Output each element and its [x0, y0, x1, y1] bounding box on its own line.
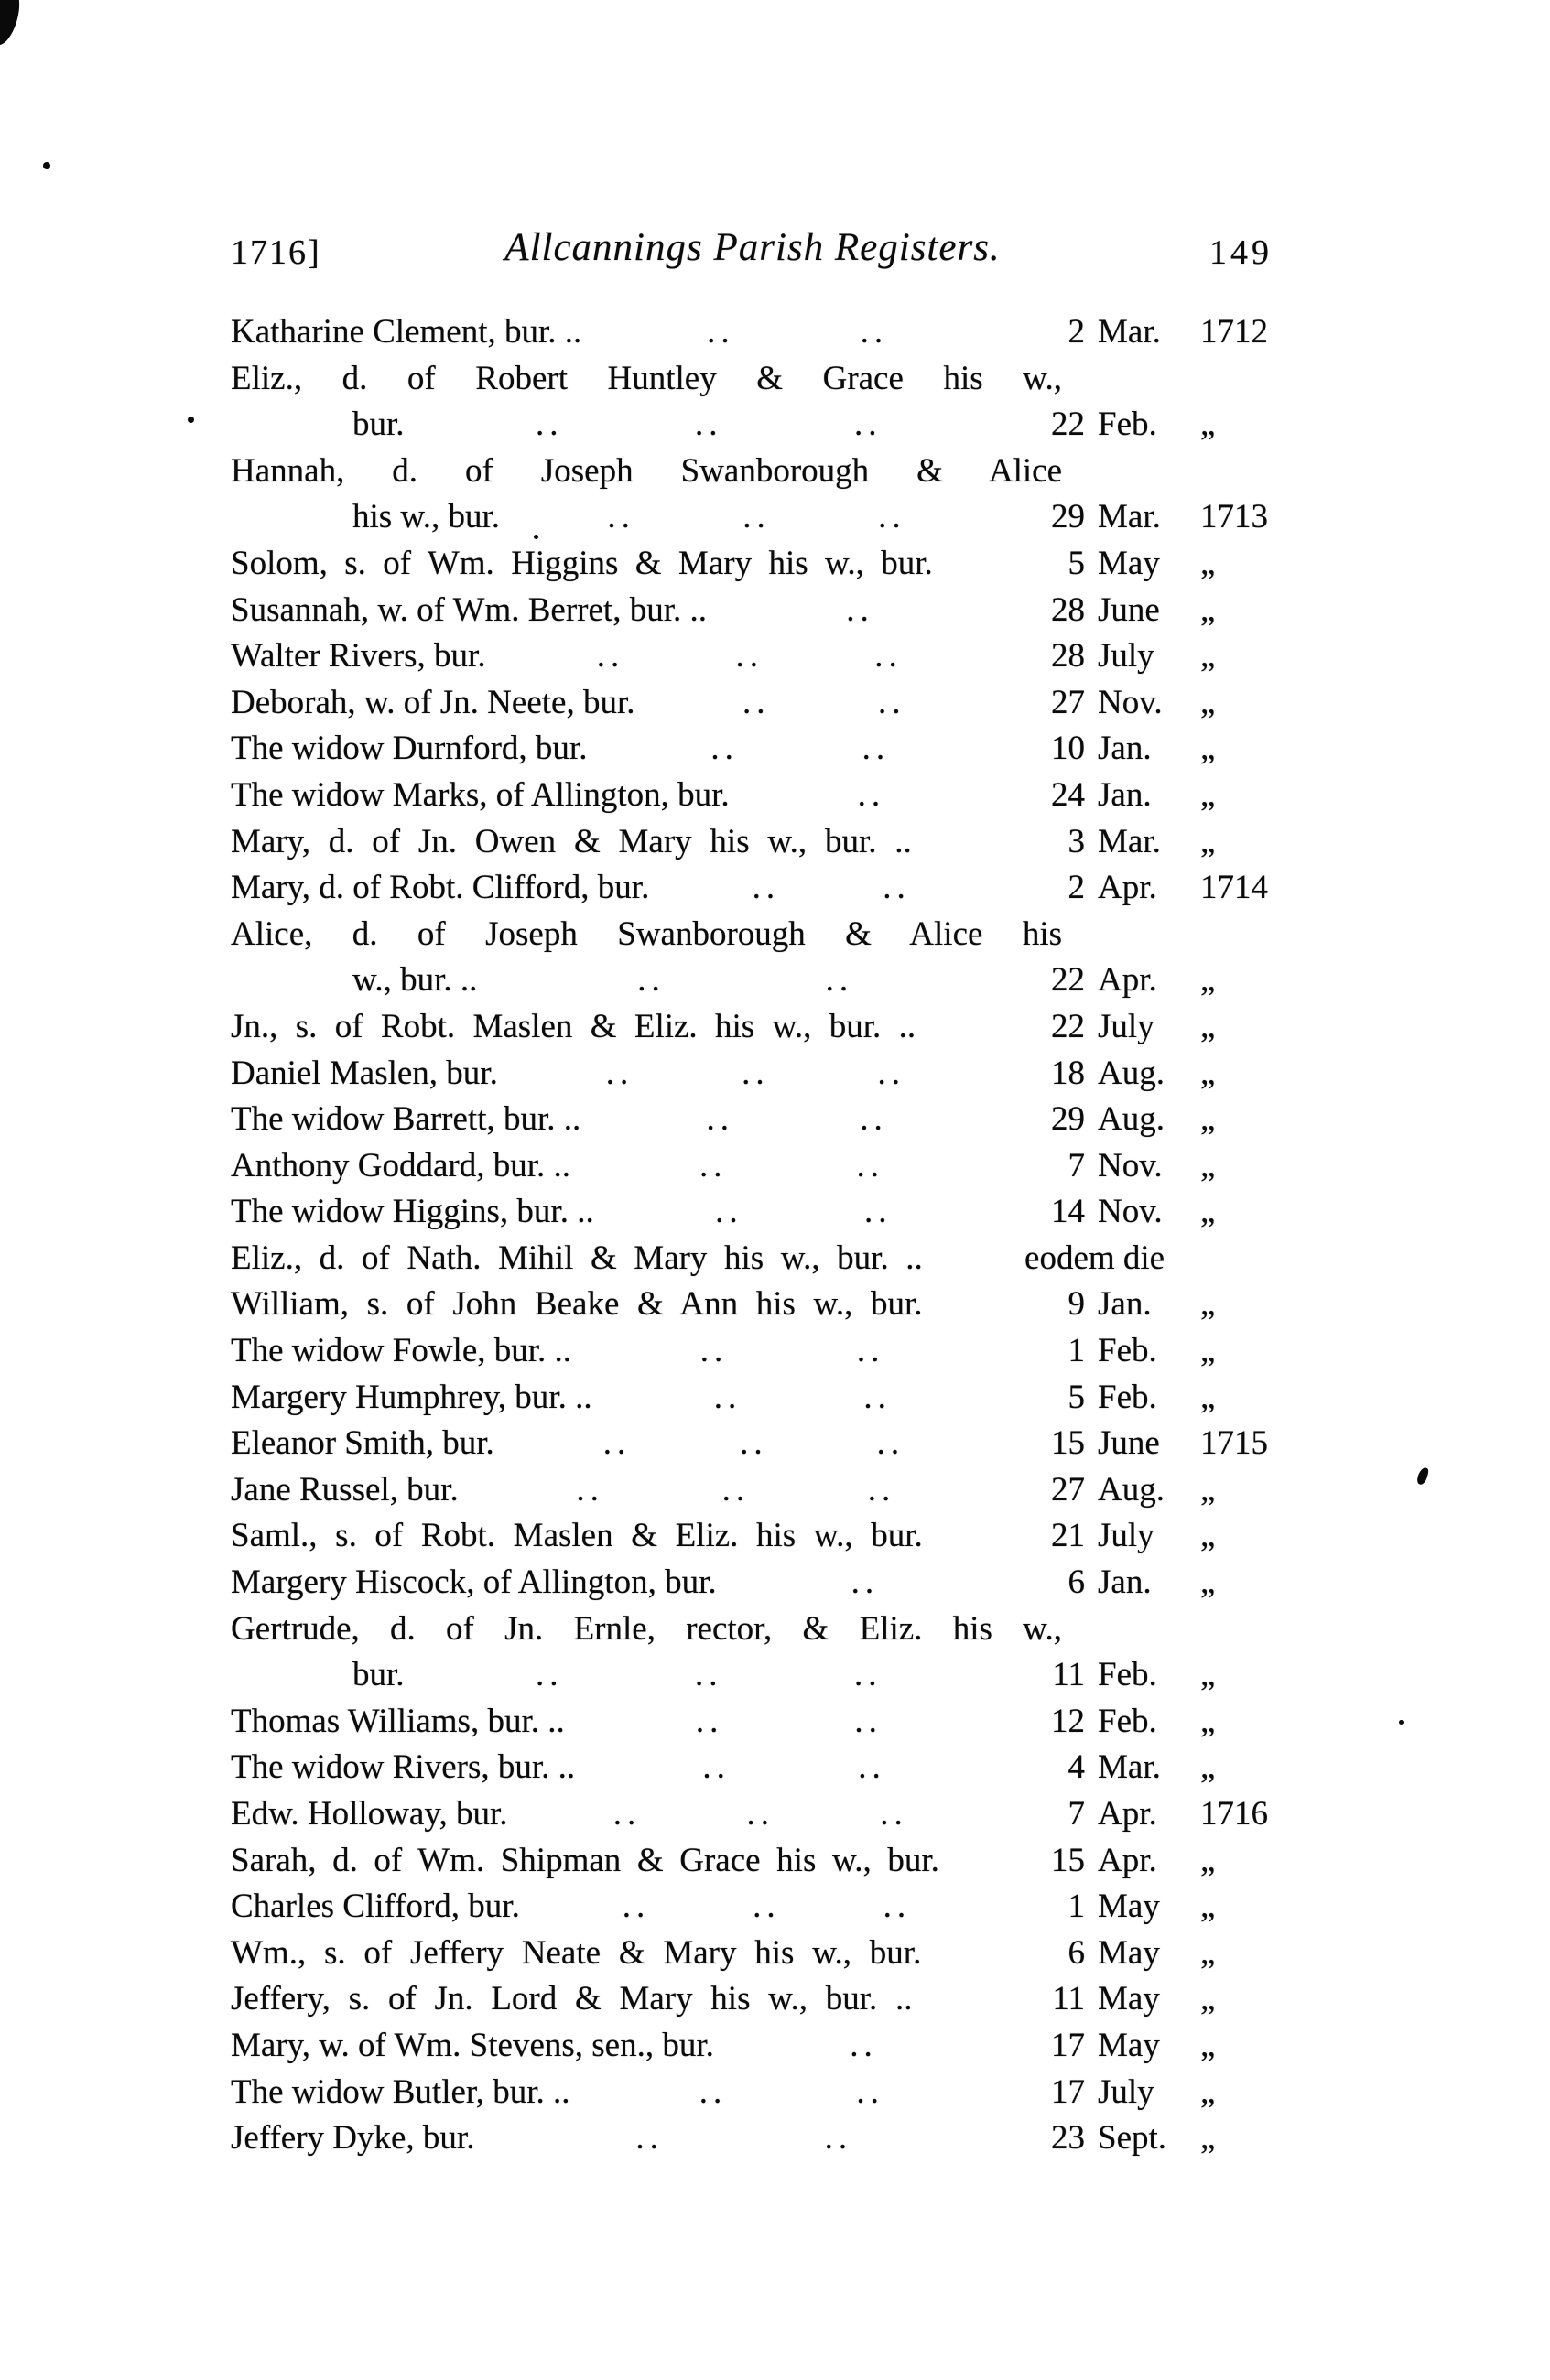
entry-date-month: Apr.	[1085, 1838, 1200, 1885]
entry-date-year: 1714	[1200, 865, 1274, 912]
entry-date-day: 29	[1013, 1097, 1085, 1143]
entry-date-day: 9	[1013, 1282, 1085, 1328]
entry-date-day: 18	[1013, 1051, 1085, 1098]
entry-name-text: Hannah, d. of Joseph Swanborough & Alice	[231, 449, 1062, 495]
entry-date-year: „	[1200, 1745, 1274, 1791]
leader-dot-pair: ..	[851, 1560, 880, 1606]
entry-date-month: May	[1085, 1976, 1200, 2023]
entry-name-text: w., bur. ..	[352, 957, 477, 1004]
leader-dot-pair: ..	[858, 1745, 886, 1791]
entry-date-day: 2	[1013, 865, 1085, 912]
burial-entry-row: Mary, d. of Robt. Clifford, bur.....2Apr…	[231, 865, 1274, 912]
entry-date-month: July	[1085, 633, 1200, 680]
leader-dot-pair: ..	[874, 633, 903, 680]
entry-date-day: 1	[1013, 1328, 1085, 1375]
burial-entry-row: Mary, w. of Wm. Stevens, sen., bur...17M…	[231, 2023, 1274, 2070]
burial-entry-row: Charles Clifford, bur.......1May„	[231, 1884, 1274, 1931]
leader-dot-pair: ..	[742, 680, 771, 727]
entry-name-text: Gertrude, d. of Jn. Ernle, rector, & Eli…	[231, 1606, 1062, 1653]
entry-date: 22Apr.„	[1013, 957, 1274, 1004]
entry-name-text: Charles Clifford, bur.	[231, 1884, 520, 1931]
burial-entry-row: Daniel Maslen, bur.......18Aug.„	[231, 1051, 1274, 1098]
leader-dot-pair: ..	[635, 2115, 664, 2162]
entry-name-text: Deborah, w. of Jn. Neete, bur.	[231, 680, 634, 727]
entry-date: 5Feb.„	[1013, 1375, 1274, 1422]
entry-date: 15June1715	[1013, 1421, 1274, 1467]
entry-date-year: „	[1200, 2070, 1274, 2116]
entry-date-year: „	[1200, 2023, 1274, 2070]
entry-date-day: 28	[1013, 633, 1085, 680]
entry-date-year: „	[1200, 1976, 1274, 2023]
burial-entry-row: The widow Fowle, bur. ......1Feb.„	[231, 1328, 1274, 1375]
leader-dot-pair: ..	[846, 588, 874, 634]
leader-dot-pair: ..	[603, 1421, 632, 1467]
leader-dot-pair: ..	[856, 2070, 884, 2116]
entry-name-text: William, s. of John Beake & Ann his w., …	[231, 1282, 928, 1328]
entry-date-year: „	[1200, 1051, 1274, 1098]
leader-dot-pair: ..	[714, 1375, 742, 1422]
burial-entry-row: Eliz., d. of Nath. Mihil & Mary his w., …	[231, 1236, 1274, 1282]
entry-name-text: Margery Humphrey, bur. ..	[231, 1375, 592, 1422]
entry-date-month: Feb.	[1085, 402, 1200, 449]
entry-date-day: 24	[1013, 773, 1085, 819]
burial-entry-row: The widow Durnford, bur.....10Jan.„	[231, 726, 1274, 773]
entry-name-text: Saml., s. of Robt. Maslen & Eliz. his w.…	[231, 1513, 928, 1560]
page-header: 1716] Allcannings Parish Registers. 149	[231, 225, 1274, 289]
leader-dot-pair: ..	[700, 1328, 729, 1375]
burial-entry-row: w., bur. ......22Apr.„	[231, 957, 1274, 1004]
leader-dot-pair: ..	[699, 2070, 728, 2116]
leader-dots: ......	[520, 1884, 1013, 1931]
entry-date-year: „	[1200, 1467, 1274, 1514]
entry-name-text: Walter Rivers, bur.	[231, 633, 486, 680]
leader-dots: ....	[575, 1745, 1013, 1791]
entry-name-text: Jane Russel, bur.	[231, 1467, 459, 1514]
entry-name-text: Thomas Williams, bur. ..	[231, 1699, 565, 1746]
leader-dot-pair: ..	[868, 1467, 896, 1514]
entry-date-day: 17	[1013, 2023, 1085, 2070]
entry-date: 18Aug.„	[1013, 1051, 1274, 1098]
entry-date-day: 22	[1013, 957, 1085, 1004]
burial-entry-row: The widow Higgins, bur. ......14Nov.„	[231, 1189, 1274, 1236]
entry-date: 10Jan.„	[1013, 726, 1274, 773]
entry-date-month: Jan.	[1085, 1282, 1200, 1328]
entry-date: 17July„	[1013, 2070, 1274, 2116]
entry-date-month: Jan.	[1085, 1560, 1200, 1606]
entry-date-day: 22	[1013, 1004, 1085, 1051]
entry-date-day: 6	[1013, 1931, 1085, 1977]
entry-date-month: May	[1085, 1884, 1200, 1931]
leader-dot-pair: ..	[746, 1791, 775, 1838]
burial-entry-row: Anthony Goddard, bur. ......7Nov.„	[231, 1143, 1274, 1190]
leader-dots: ......	[486, 633, 1013, 680]
entry-date: 22July„	[1013, 1004, 1274, 1051]
leader-dot-pair: ..	[696, 1699, 724, 1746]
entry-date-day: 5	[1013, 1375, 1085, 1422]
entry-date-month: July	[1085, 2070, 1200, 2116]
leader-dots: ....	[571, 1328, 1013, 1375]
entry-date-month: June	[1085, 588, 1200, 634]
leader-dot-pair: ..	[880, 1791, 908, 1838]
entry-name-text: Mary, w. of Wm. Stevens, sen., bur.	[231, 2023, 714, 2070]
entry-date-year: „	[1200, 1282, 1274, 1328]
entry-date: 29Mar.1713	[1013, 494, 1274, 541]
entry-date-month: Nov.	[1085, 680, 1200, 727]
burial-entry-row: William, s. of John Beake & Ann his w., …	[231, 1282, 1274, 1328]
leader-dot-pair: ..	[707, 309, 735, 356]
entry-date-day: 6	[1013, 1560, 1085, 1606]
burial-entry-row: Jeffery Dyke, bur.....23Sept.„	[231, 2115, 1274, 2162]
leader-dots: ......	[405, 1652, 1013, 1699]
leader-dot-pair: ..	[877, 1421, 905, 1467]
leader-dots: ....	[477, 957, 1013, 1004]
entry-date-month: Mar.	[1085, 494, 1200, 541]
leader-dot-pair: ..	[607, 494, 635, 541]
entry-date-month: May	[1085, 1931, 1200, 1977]
entry-date: 11May„	[1013, 1976, 1274, 2023]
entry-name-text: The widow Durnford, bur.	[231, 726, 587, 773]
leader-dot-pair: ..	[606, 1051, 634, 1098]
entry-name-text: Eliz., d. of Nath. Mihil & Mary his w., …	[231, 1236, 928, 1282]
entry-date-day: 29	[1013, 494, 1085, 541]
leader-dots: ......	[494, 1421, 1013, 1467]
entry-date-month: May	[1085, 541, 1200, 588]
entry-date-day: 17	[1013, 2070, 1085, 2116]
leader-dot-pair: ..	[613, 1791, 642, 1838]
burial-entry-row: Mary, d. of Jn. Owen & Mary his w., bur.…	[231, 819, 1274, 866]
leader-dot-pair: ..	[536, 1652, 564, 1699]
leader-dot-pair: ..	[854, 1699, 883, 1746]
entry-date-year: „	[1200, 1652, 1274, 1699]
leader-dot-pair: ..	[623, 1884, 651, 1931]
entry-date-year: „	[1200, 541, 1274, 588]
entry-date: 1May„	[1013, 1884, 1274, 1931]
entry-date: 23Sept.„	[1013, 2115, 1274, 2162]
entry-date-month: Feb.	[1085, 1328, 1200, 1375]
entry-name-text: Eliz., d. of Robert Huntley & Grace his …	[231, 356, 1062, 403]
leader-dots: ..	[730, 773, 1013, 819]
entry-name-text: his w., bur.	[352, 494, 500, 541]
burial-register-list: Katharine Clement, bur. ......2Mar.1712E…	[231, 309, 1274, 2162]
burial-entry-row: The widow Barrett, bur. ......29Aug.„	[231, 1097, 1274, 1143]
leader-dot-pair: ..	[883, 865, 911, 912]
entry-date: 21July„	[1013, 1513, 1274, 1560]
entry-date-day: 27	[1013, 1467, 1085, 1514]
leader-dots: ....	[474, 2115, 1013, 2162]
burial-entry-row: Walter Rivers, bur.......28July„	[231, 633, 1274, 680]
entry-date: 17May„	[1013, 2023, 1274, 2070]
leader-dot-pair: ..	[695, 1652, 723, 1699]
entry-date-month: Mar.	[1085, 819, 1200, 866]
ink-speck	[43, 162, 50, 169]
entry-date: 3Mar.„	[1013, 819, 1274, 866]
leader-dot-pair: ..	[883, 1884, 912, 1931]
entry-name-text: bur.	[352, 402, 405, 449]
entry-date-month: Aug.	[1085, 1467, 1200, 1514]
burial-entry-row: Sarah, d. of Wm. Shipman & Grace his w.,…	[231, 1838, 1274, 1885]
entry-date-day: 7	[1013, 1791, 1085, 1838]
page-title: Allcannings Parish Registers.	[231, 225, 1274, 270]
entry-date-year: „	[1200, 1097, 1274, 1143]
entry-date: 28July„	[1013, 633, 1274, 680]
entry-date-year: „	[1200, 773, 1274, 819]
leader-dot-pair: ..	[850, 2023, 878, 2070]
leader-dots: ....	[634, 680, 1013, 727]
entry-date-year: „	[1200, 1560, 1274, 1606]
entry-date: 29Aug.„	[1013, 1097, 1274, 1143]
leader-dots: ..	[714, 2023, 1013, 2070]
entry-name-text: Mary, d. of Robt. Clifford, bur.	[231, 865, 649, 912]
leader-dot-pair: ..	[826, 957, 854, 1004]
entry-name-text: Mary, d. of Jn. Owen & Mary his w., bur.…	[231, 819, 917, 866]
burial-entry-row: Margery Hiscock, of Allington, bur...6Ja…	[231, 1560, 1274, 1606]
entry-date-month: Aug.	[1085, 1097, 1200, 1143]
burial-entry-row: bur.......11Feb.„	[231, 1652, 1274, 1699]
entry-date-year: 1713	[1200, 494, 1274, 541]
entry-name-text: Solom, s. of Wm. Higgins & Mary his w., …	[231, 541, 938, 588]
entry-date: eodem die	[1013, 1236, 1274, 1282]
entry-date-special: eodem die	[1013, 1236, 1165, 1282]
entry-date-month: Feb.	[1085, 1652, 1200, 1699]
leader-dot-pair: ..	[710, 726, 739, 773]
page-number: 149	[1209, 233, 1273, 273]
entry-name-text: Jn., s. of Robt. Maslen & Eliz. his w., …	[231, 1004, 921, 1051]
entry-name-text: Susannah, w. of Wm. Berret, bur. ..	[231, 588, 707, 634]
entry-date-day: 1	[1013, 1884, 1085, 1931]
burial-entry-row: Margery Humphrey, bur. ......5Feb.„	[231, 1375, 1274, 1422]
leader-dot-pair: ..	[863, 1375, 892, 1422]
leader-dot-pair: ..	[740, 1421, 768, 1467]
leader-dot-pair: ..	[695, 402, 723, 449]
entry-name-text: The widow Barrett, bur. ..	[231, 1097, 580, 1143]
leader-dot-pair: ..	[699, 1143, 728, 1190]
entry-date: 15Apr.„	[1013, 1838, 1274, 1885]
entry-date: 9Jan.„	[1013, 1282, 1274, 1328]
entry-name-text: bur.	[352, 1652, 405, 1699]
burial-entry-row: The widow Rivers, bur. ......4Mar.„	[231, 1745, 1274, 1791]
burial-entry-row: Jn., s. of Robt. Maslen & Eliz. his w., …	[231, 1004, 1274, 1051]
entry-name-text: Wm., s. of Jeffery Neate & Mary his w., …	[231, 1931, 927, 1977]
entry-date-year: „	[1200, 1375, 1274, 1422]
entry-name-text: The widow Marks, of Allington, bur.	[231, 773, 730, 819]
leader-dot-pair: ..	[742, 494, 771, 541]
entry-date: 11Feb.„	[1013, 1652, 1274, 1699]
burial-entry-wrapped-line: Gertrude, d. of Jn. Ernle, rector, & Eli…	[231, 1606, 1274, 1653]
entry-name-text: Edw. Holloway, bur.	[231, 1791, 507, 1838]
leader-dots: ..	[717, 1560, 1013, 1606]
leader-dots: ....	[570, 2070, 1013, 2116]
entry-date-month: Jan.	[1085, 726, 1200, 773]
entry-date: 24Jan.„	[1013, 773, 1274, 819]
entry-name-text: Sarah, d. of Wm. Shipman & Grace his w.,…	[231, 1838, 945, 1885]
burial-entry-row: Wm., s. of Jeffery Neate & Mary his w., …	[231, 1931, 1274, 1977]
entry-date-day: 15	[1013, 1421, 1085, 1467]
leader-dot-pair: ..	[858, 773, 886, 819]
leader-dots: ....	[649, 865, 1013, 912]
burial-entry-row: bur.......22Feb.„	[231, 402, 1274, 449]
leader-dot-pair: ..	[702, 1745, 731, 1791]
leader-dot-pair: ..	[536, 402, 564, 449]
ink-speck	[1399, 1720, 1404, 1725]
entry-date-day: 4	[1013, 1745, 1085, 1791]
entry-date-month: June	[1085, 1421, 1200, 1467]
burial-entry-wrapped-line: Hannah, d. of Joseph Swanborough & Alice	[231, 449, 1274, 495]
entry-date-month: Mar.	[1085, 309, 1200, 356]
entry-date: 4Mar.„	[1013, 1745, 1274, 1791]
ink-speck	[534, 535, 538, 539]
burial-entry-row: Deborah, w. of Jn. Neete, bur.....27Nov.…	[231, 680, 1274, 727]
leader-dot-pair: ..	[597, 633, 625, 680]
leader-dots: ......	[459, 1467, 1013, 1514]
leader-dot-pair: ..	[864, 1189, 893, 1236]
entry-date-day: 22	[1013, 402, 1085, 449]
leader-dot-pair: ..	[576, 1467, 604, 1514]
entry-date-year: „	[1200, 819, 1274, 866]
entry-date-year: „	[1200, 1931, 1274, 1977]
leader-dots: ......	[500, 494, 1013, 541]
entry-name-text: The widow Fowle, bur. ..	[231, 1328, 571, 1375]
entry-date: 28June„	[1013, 588, 1274, 634]
burial-entry-row: Saml., s. of Robt. Maslen & Eliz. his w.…	[231, 1513, 1274, 1560]
leader-dot-pair: ..	[715, 1189, 743, 1236]
entry-date: 1Feb.„	[1013, 1328, 1274, 1375]
entry-name-text: The widow Rivers, bur. ..	[231, 1745, 575, 1791]
leader-dot-pair: ..	[825, 2115, 853, 2162]
entry-date-month: Nov.	[1085, 1143, 1200, 1190]
leader-dots: ....	[580, 1097, 1013, 1143]
entry-date-year: „	[1200, 633, 1274, 680]
leader-dot-pair: ..	[742, 1051, 770, 1098]
leader-dot-pair: ..	[857, 1143, 885, 1190]
entry-date-year: „	[1200, 402, 1274, 449]
burial-entry-row: Susannah, w. of Wm. Berret, bur. ....28J…	[231, 588, 1274, 634]
scanned-book-page: 1716] Allcannings Parish Registers. 149 …	[0, 0, 1550, 2380]
entry-date-day: 2	[1013, 309, 1085, 356]
entry-name-text: The widow Higgins, bur. ..	[231, 1189, 594, 1236]
entry-date: 27Aug.„	[1013, 1467, 1274, 1514]
leader-dot-pair: ..	[753, 1884, 781, 1931]
burial-entry-row: Katharine Clement, bur. ......2Mar.1712	[231, 309, 1274, 356]
entry-date-day: 23	[1013, 2115, 1085, 2162]
entry-name-text: Eleanor Smith, bur.	[231, 1421, 494, 1467]
entry-name-text: Anthony Goddard, bur. ..	[231, 1143, 570, 1190]
entry-date-year: „	[1200, 726, 1274, 773]
entry-date-day: 11	[1013, 1976, 1085, 2023]
leader-dots: ....	[570, 1143, 1013, 1190]
entry-name-text: Daniel Maslen, bur.	[231, 1051, 498, 1098]
entry-name-text: The widow Butler, bur. ..	[231, 2070, 570, 2116]
entry-date-day: 27	[1013, 680, 1085, 727]
entry-date: 7Apr.1716	[1013, 1791, 1274, 1838]
entry-date-month: Jan.	[1085, 773, 1200, 819]
entry-date-day: 14	[1013, 1189, 1085, 1236]
entry-date: 2Apr.1714	[1013, 865, 1274, 912]
burial-entry-row: Thomas Williams, bur. ......12Feb.„	[231, 1699, 1274, 1746]
entry-date: 12Feb.„	[1013, 1699, 1274, 1746]
entry-date-year: „	[1200, 1884, 1274, 1931]
entry-date-day: 28	[1013, 588, 1085, 634]
leader-dots: ....	[587, 726, 1013, 773]
entry-date-year: „	[1200, 1838, 1274, 1885]
ink-speck	[188, 416, 194, 423]
entry-date: 7Nov.„	[1013, 1143, 1274, 1190]
leader-dot-pair: ..	[878, 1051, 906, 1098]
entry-date-month: Feb.	[1085, 1699, 1200, 1746]
entry-name-text: Katharine Clement, bur. ..	[231, 309, 581, 356]
leader-dots: ....	[592, 1375, 1013, 1422]
entry-date-month: Aug.	[1085, 1051, 1200, 1098]
leader-dot-pair: ..	[878, 680, 906, 727]
leader-dot-pair: ..	[637, 957, 666, 1004]
burial-entry-row: The widow Marks, of Allington, bur...24J…	[231, 773, 1274, 819]
entry-date-day: 11	[1013, 1652, 1085, 1699]
leader-dot-pair: ..	[736, 633, 764, 680]
entry-date-year: 1712	[1200, 309, 1274, 356]
leader-dots: ....	[581, 309, 1013, 356]
burial-entry-row: The widow Butler, bur. ......17July„	[231, 2070, 1274, 2116]
leader-dot-pair: ..	[862, 726, 891, 773]
burial-entry-row: Jeffery, s. of Jn. Lord & Mary his w., b…	[231, 1976, 1274, 2023]
burial-entry-row: Jane Russel, bur.......27Aug.„	[231, 1467, 1274, 1514]
entry-date: 27Nov.„	[1013, 680, 1274, 727]
entry-date-year: „	[1200, 957, 1274, 1004]
entry-date-day: 21	[1013, 1513, 1085, 1560]
entry-date-month: Feb.	[1085, 1375, 1200, 1422]
burial-entry-row: Solom, s. of Wm. Higgins & Mary his w., …	[231, 541, 1274, 588]
entry-name-text: Alice, d. of Joseph Swanborough & Alice …	[231, 912, 1062, 958]
scan-corner-ink-blob	[0, 0, 25, 48]
leader-dot-pair: ..	[861, 309, 889, 356]
entry-name-text: Jeffery Dyke, bur.	[231, 2115, 474, 2162]
leader-dot-pair: ..	[707, 1097, 735, 1143]
entry-name-text: Jeffery, s. of Jn. Lord & Mary his w., b…	[231, 1976, 917, 2023]
entry-date-year: „	[1200, 680, 1274, 727]
burial-entry-row: Eleanor Smith, bur.......15June1715	[231, 1421, 1274, 1467]
leader-dot-pair: ..	[857, 1328, 885, 1375]
entry-date-year: 1716	[1200, 1791, 1274, 1838]
leader-dots: ......	[498, 1051, 1013, 1098]
entry-date-month: July	[1085, 1513, 1200, 1560]
entry-date-day: 15	[1013, 1838, 1085, 1885]
entry-date-month: Apr.	[1085, 957, 1200, 1004]
entry-date-year: 1715	[1200, 1421, 1274, 1467]
leader-dots: ......	[507, 1791, 1013, 1838]
entry-date-day: 3	[1013, 819, 1085, 866]
entry-date-month: July	[1085, 1004, 1200, 1051]
leader-dots: ....	[594, 1189, 1013, 1236]
entry-date-day: 5	[1013, 541, 1085, 588]
entry-date: 6Jan.„	[1013, 1560, 1274, 1606]
entry-date: 5May„	[1013, 541, 1274, 588]
entry-date-year: „	[1200, 1699, 1274, 1746]
entry-date-day: 7	[1013, 1143, 1085, 1190]
entry-date-year: „	[1200, 2115, 1274, 2162]
stray-comma-mark	[1416, 1466, 1429, 1486]
entry-date: 2Mar.1712	[1013, 309, 1274, 356]
leader-dots: ......	[405, 402, 1013, 449]
leader-dot-pair: ..	[753, 865, 781, 912]
burial-entry-row: Edw. Holloway, bur.......7Apr.1716	[231, 1791, 1274, 1838]
leader-dot-pair: ..	[860, 1097, 888, 1143]
entry-date: 14Nov.„	[1013, 1189, 1274, 1236]
entry-date-year: „	[1200, 1143, 1274, 1190]
leader-dot-pair: ..	[854, 1652, 883, 1699]
entry-date-month: Sept.	[1085, 2115, 1200, 2162]
burial-entry-row: his w., bur.......29Mar.1713	[231, 494, 1274, 541]
entry-date-year: „	[1200, 1189, 1274, 1236]
entry-date-year: „	[1200, 1513, 1274, 1560]
entry-name-text: Margery Hiscock, of Allington, bur.	[231, 1560, 717, 1606]
